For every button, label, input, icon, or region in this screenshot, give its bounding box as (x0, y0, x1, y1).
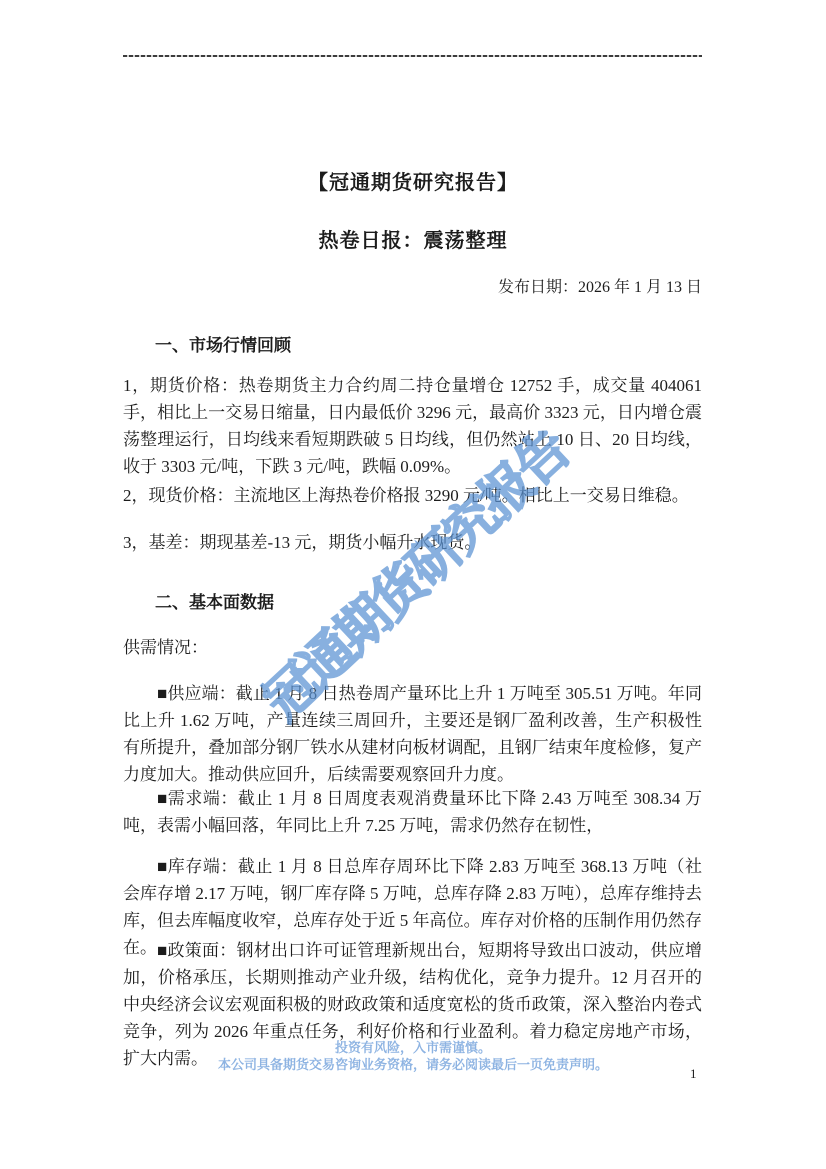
paragraph-supply-side: ■供应端：截止 1 月 8 日热卷周产量环比上升 1 万吨至 305.51 万吨… (123, 680, 702, 788)
paragraph-basis: 3，基差：期现基差-13 元，期货小幅升水现货。 (123, 529, 702, 556)
page-number: 1 (690, 1066, 697, 1082)
section-heading-fundamentals: 二、基本面数据 (123, 589, 702, 616)
paragraph-demand-side: ■需求端：截止 1 月 8 日周度表观消费量环比下降 2.43 万吨至 308.… (123, 785, 702, 839)
header-divider-line (123, 55, 702, 57)
paragraph-futures-price: 1，期货价格：热卷期货主力合约周二持仓量增仓 12752 手，成交量 40406… (123, 372, 702, 480)
footer-disclaimer: 本公司具备期货交易咨询业务资格，请务必阅读最后一页免责声明。 (0, 1054, 826, 1073)
report-subtitle: 热卷日报：震荡整理 (0, 224, 826, 253)
section-heading-market-review: 一、市场行情回顾 (123, 332, 702, 359)
report-title: 【冠通期货研究报告】 (0, 166, 826, 195)
publish-date: 发布日期：2026 年 1 月 13 日 (498, 274, 702, 297)
paragraph-spot-price: 2，现货价格：主流地区上海热卷价格报 3290 元/吨。相比上一交易日维稳。 (123, 482, 702, 509)
report-page: 冠通期货研究报告 【冠通期货研究报告】 热卷日报：震荡整理 发布日期：2026 … (0, 0, 826, 1169)
supply-demand-intro: 供需情况： (123, 634, 702, 661)
